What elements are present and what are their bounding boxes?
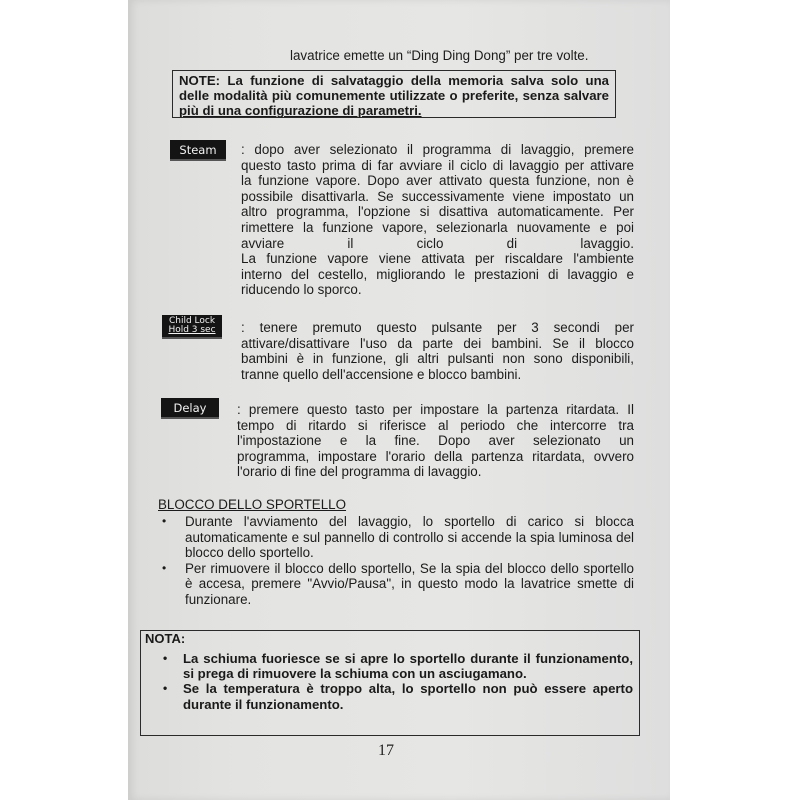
memory-note-box: NOTE: La funzione di salvataggio della m…	[172, 70, 616, 118]
word: ciclo	[417, 236, 444, 252]
description-line: : premere questo tasto per impostare la …	[237, 402, 634, 418]
nota-warning-box: NOTA: • La schiuma fuoriesce se si apre …	[140, 630, 640, 736]
description-line: la funzione vapore. Dopo aver attivato q…	[241, 173, 634, 189]
description-line: attivare/disattivare l'uso da parte dei …	[241, 336, 634, 352]
bullet-text: La schiuma fuoriesce se si apre lo sport…	[183, 651, 633, 681]
bullet-icon: •	[163, 681, 183, 711]
description-line: : dopo aver selezionato il programma di …	[241, 142, 634, 158]
description-line: programma, impostare l'orario della part…	[237, 449, 634, 465]
steam-button-icon: Steam	[170, 140, 226, 161]
steam-description: : dopo aver selezionato il programma di …	[241, 142, 634, 298]
note-line: delle modalità più comunemente utilizzat…	[179, 88, 609, 103]
child-lock-label-line2: Hold 3 sec	[168, 326, 215, 335]
description-line: altro programma, l'opzione si disattiva …	[241, 204, 634, 220]
bullet-item: • Per rimuovere il blocco dello sportell…	[162, 561, 634, 608]
child-lock-button-icon: Child Lock Hold 3 sec	[162, 315, 222, 339]
word: di	[507, 236, 517, 252]
page-number: 17	[378, 742, 394, 760]
word: lavaggio.	[580, 236, 634, 252]
description-line: La funzione vapore viene attivata per ri…	[241, 251, 634, 267]
bullet-item: • Durante l'avviamento del lavaggio, lo …	[162, 514, 634, 561]
nota-bullet-list: • La schiuma fuoriesce se si apre lo spo…	[163, 651, 633, 712]
bullet-item: • La schiuma fuoriesce se si apre lo spo…	[163, 651, 633, 681]
description-line: riducendo lo sporco.	[241, 282, 634, 298]
bullet-text: Se la temperatura è troppo alta, lo spor…	[183, 681, 633, 711]
description-line: interno del cestello, migliorando le pre…	[241, 267, 634, 283]
child-lock-description: : tenere premuto questo pulsante per 3 s…	[241, 320, 634, 382]
note-line: NOTE: La funzione di salvataggio della m…	[179, 73, 609, 88]
description-line: bambini è in funzione, gli altri pulsant…	[241, 351, 634, 367]
intro-line: lavatrice emette un “Ding Ding Dong” per…	[290, 48, 588, 63]
door-lock-section-title: BLOCCO DELLO SPORTELLO	[158, 497, 346, 512]
door-lock-bullet-list: • Durante l'avviamento del lavaggio, lo …	[162, 514, 634, 608]
description-line: rimettere la funzione vapore, selezionar…	[241, 220, 634, 236]
bullet-item: • Se la temperatura è troppo alta, lo sp…	[163, 681, 633, 711]
note-line: più di una configurazione di parametri.	[179, 103, 609, 118]
description-line: tempo di ritardo si riferisce al periodo…	[237, 418, 634, 434]
description-line: tranne quello dell'accensione e blocco b…	[241, 367, 634, 383]
delay-button-icon: Delay	[161, 398, 219, 419]
description-line-spread: avviare il ciclo di lavaggio.	[241, 236, 634, 252]
bullet-icon: •	[162, 561, 185, 608]
bullet-icon: •	[163, 651, 183, 681]
delay-description: : premere questo tasto per impostare la …	[237, 402, 634, 480]
steam-icon-label: Steam	[179, 143, 216, 157]
description-line: questo tasto prima di far avviare il cic…	[241, 158, 634, 174]
description-line: l'orario di fine del programma di lavagg…	[237, 464, 634, 480]
description-line: l'impostazione e la fine. Dopo aver sele…	[237, 433, 634, 449]
word: il	[347, 236, 353, 252]
delay-icon-label: Delay	[174, 401, 207, 415]
description-line: : tenere premuto questo pulsante per 3 s…	[241, 320, 634, 336]
nota-title: NOTA:	[145, 631, 185, 646]
bullet-text: Durante l'avviamento del lavaggio, lo sp…	[185, 514, 634, 561]
bullet-text: Per rimuovere il blocco dello sportello,…	[185, 561, 634, 608]
word: avviare	[241, 236, 284, 252]
description-line: possibile disattivarla. Se successivamen…	[241, 189, 634, 205]
bullet-icon: •	[162, 514, 185, 561]
